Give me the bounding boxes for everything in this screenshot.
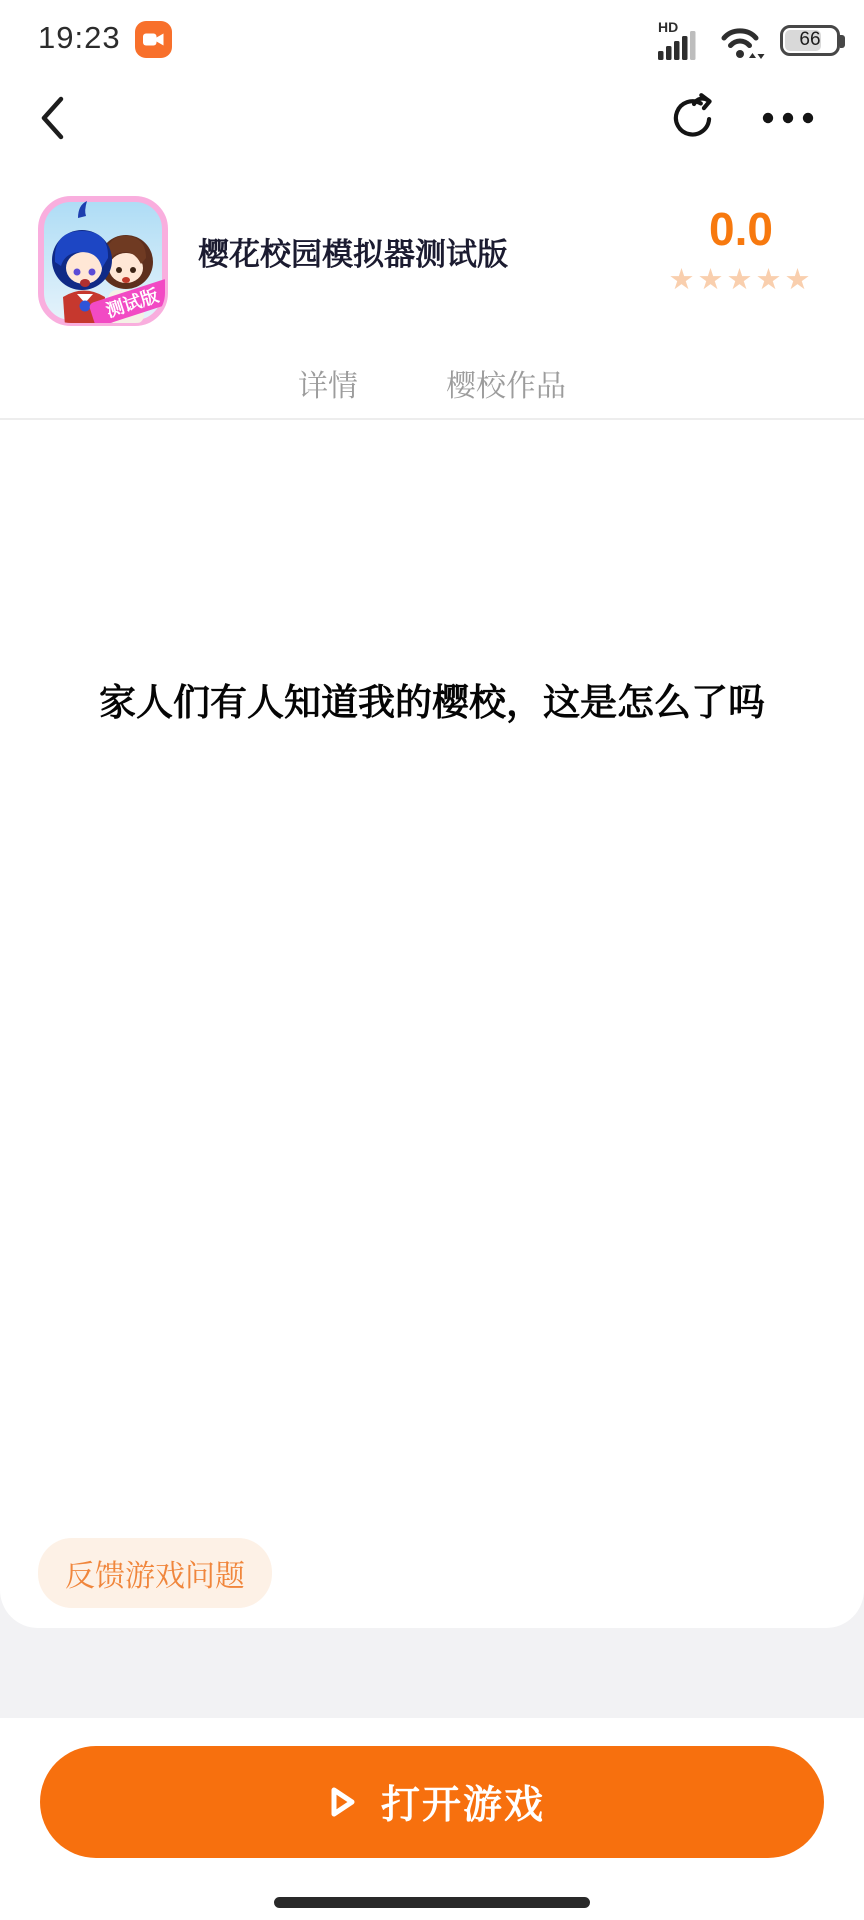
app-title: 樱花校园模拟器测试版 (198, 236, 628, 275)
detail-message: 家人们有人知道我的樱校，这是怎么了吗 (0, 672, 864, 726)
clock: 19:23 (38, 20, 121, 56)
status-bar: 19:23 HD (0, 14, 864, 66)
back-chevron-icon (32, 90, 72, 146)
battery-percent: 66 (783, 28, 837, 53)
wifi-icon (717, 17, 767, 63)
video-camera-icon (142, 28, 165, 51)
play-icon (319, 1780, 363, 1824)
rating-block: 0.0 ★★★★★ (646, 206, 836, 295)
open-game-button[interactable]: 打开游戏 (40, 1746, 824, 1858)
nav-actions (666, 86, 816, 150)
cellular-signal-icon: HD (652, 17, 704, 63)
tab-bar: 详情 樱校作品 (0, 348, 864, 420)
open-game-label: 打开游戏 (381, 1774, 545, 1830)
home-indicator[interactable] (274, 1897, 590, 1908)
tab-details[interactable]: 详情 (298, 361, 358, 405)
feedback-button[interactable]: 反馈游戏问题 (38, 1538, 272, 1608)
rating-stars: ★★★★★ (646, 266, 836, 295)
app-icon-art: 测试版 (38, 196, 168, 326)
svg-text:HD: HD (658, 19, 678, 35)
tab-works[interactable]: 樱校作品 (446, 361, 566, 405)
status-icons: HD 66 (652, 18, 840, 62)
detail-card: 家人们有人知道我的樱校，这是怎么了吗 反馈游戏问题 (0, 420, 864, 1628)
app-header: 测试版 樱花校园模拟器测试版 0.0 ★★★★★ (0, 194, 864, 338)
app-icon[interactable]: 测试版 (38, 196, 168, 326)
bottom-action-bar: 打开游戏 (0, 1718, 864, 1920)
app-store-detail-screen: 19:23 HD (0, 0, 864, 1920)
back-button[interactable] (32, 88, 80, 148)
nav-bar (0, 86, 864, 150)
share-icon[interactable] (666, 91, 720, 145)
screen-record-icon (135, 21, 172, 58)
battery-icon: 66 (780, 25, 840, 56)
rating-score: 0.0 (646, 206, 836, 252)
more-options-icon[interactable] (760, 111, 816, 125)
